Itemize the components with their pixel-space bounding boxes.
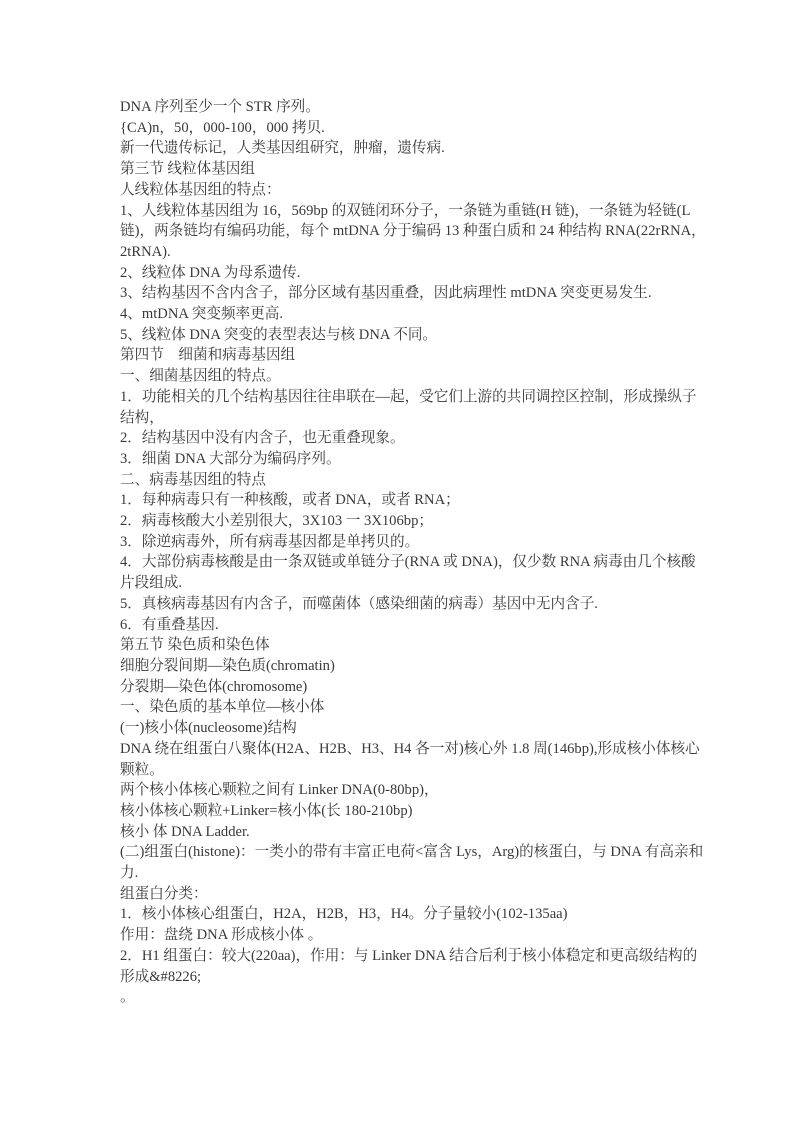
text-line: 4．大部份病毒核酸是由一条双链或单链分子(RNA 或 DNA)，仅少数 RNA … [120,552,682,573]
text-line: 人线粒体基因组的特点： [120,180,682,201]
text-line: 1．核小体核心组蛋白，H2A，H2B，H3，H4。分子量较小(102-135aa… [120,904,682,925]
text-line: 核小 体 DNA Ladder. [120,822,682,843]
text-line: 核小体核心颗粒+Linker=核小体(长 180-210bp) [120,801,682,822]
document-text: DNA 序列至少一个 STR 序列。{CA)n，50，000-100，000 拷… [120,97,682,1008]
text-line: 。 [120,987,682,1008]
text-line: 分裂期—染色体(chromosome) [120,677,682,698]
text-line: 2tRNA). [120,242,682,263]
text-line: 细胞分裂间期—染色质(chromatin) [120,656,682,677]
text-line: 片段组成. [120,573,682,594]
text-line: 3．细菌 DNA 大部分为编码序列。 [120,449,682,470]
text-line: DNA 序列至少一个 STR 序列。 [120,97,682,118]
text-line: 2．结构基因中没有内含子，也无重叠现象。 [120,428,682,449]
text-line: (二)组蛋白(histone)：一类小的带有丰富正电荷<富含 Lys，Arg)的… [120,842,682,863]
text-line: 形成&#8226; [120,967,682,988]
text-line: 2．H1 组蛋白：较大(220aa)，作用：与 Linker DNA 结合后利于… [120,946,682,967]
text-line: 6．有重叠基因. [120,615,682,636]
text-line: 5、线粒体 DNA 突变的表型表达与核 DNA 不同。 [120,325,682,346]
text-line: 链)，两条链均有编码功能，每个 mtDNA 分于编码 13 种蛋白质和 24 种… [120,221,682,242]
text-line: 组蛋白分类： [120,884,682,905]
text-line: 作用：盘绕 DNA 形成核小体 。 [120,925,682,946]
text-line: 1、人线粒体基因组为 16，569bp 的双链闭环分子，一条链为重链(H 链)，… [120,201,682,222]
text-line: {CA)n，50，000-100，000 拷贝. [120,118,682,139]
text-line: 2、线粒体 DNA 为母系遗传. [120,263,682,284]
text-line: 1．每种病毒只有一种核酸，或者 DNA，或者 RNA； [120,490,682,511]
text-line: 2．病毒核酸大小差别很大，3X103 一 3X106bp； [120,511,682,532]
text-line: 第四节 细菌和病毒基因组 [120,345,682,366]
text-line: 1．功能相关的几个结构基因往往串联在—起，受它们上游的共同调控区控制，形成操纵子 [120,387,682,408]
text-line: 一、细菌基因组的特点。 [120,366,682,387]
text-line: 两个核小体核心颗粒之间有 Linker DNA(0-80bp)， [120,780,682,801]
text-line: 第三节 线粒体基因组 [120,159,682,180]
text-line: 一、染色质的基本单位—核小体 [120,697,682,718]
text-line: 颗粒。 [120,760,682,781]
text-line: 5．真核病毒基因有内含子，而噬菌体（感染细菌的病毒）基因中无内含子. [120,594,682,615]
text-line: 新一代遗传标记，人类基因组研究，肿瘤，遗传病. [120,138,682,159]
document-page: DNA 序列至少一个 STR 序列。{CA)n，50，000-100，000 拷… [0,0,793,1122]
text-line: 4、mtDNA 突变频率更高. [120,304,682,325]
text-line: 第五节 染色质和染色体 [120,635,682,656]
text-line: DNA 绕在组蛋白八聚体(H2A、H2B、H3、H4 各一对)核心外 1.8 周… [120,739,682,760]
text-line: 力. [120,863,682,884]
text-line: 3．除逆病毒外，所有病毒基因都是单拷贝的。 [120,532,682,553]
text-line: 3、结构基因不含内含子，部分区域有基因重叠，因此病理性 mtDNA 突变更易发生… [120,283,682,304]
text-line: (一)核小体(nucleosome)结构 [120,718,682,739]
text-line: 二、病毒基因组的特点 [120,470,682,491]
text-line: 结构， [120,408,682,429]
